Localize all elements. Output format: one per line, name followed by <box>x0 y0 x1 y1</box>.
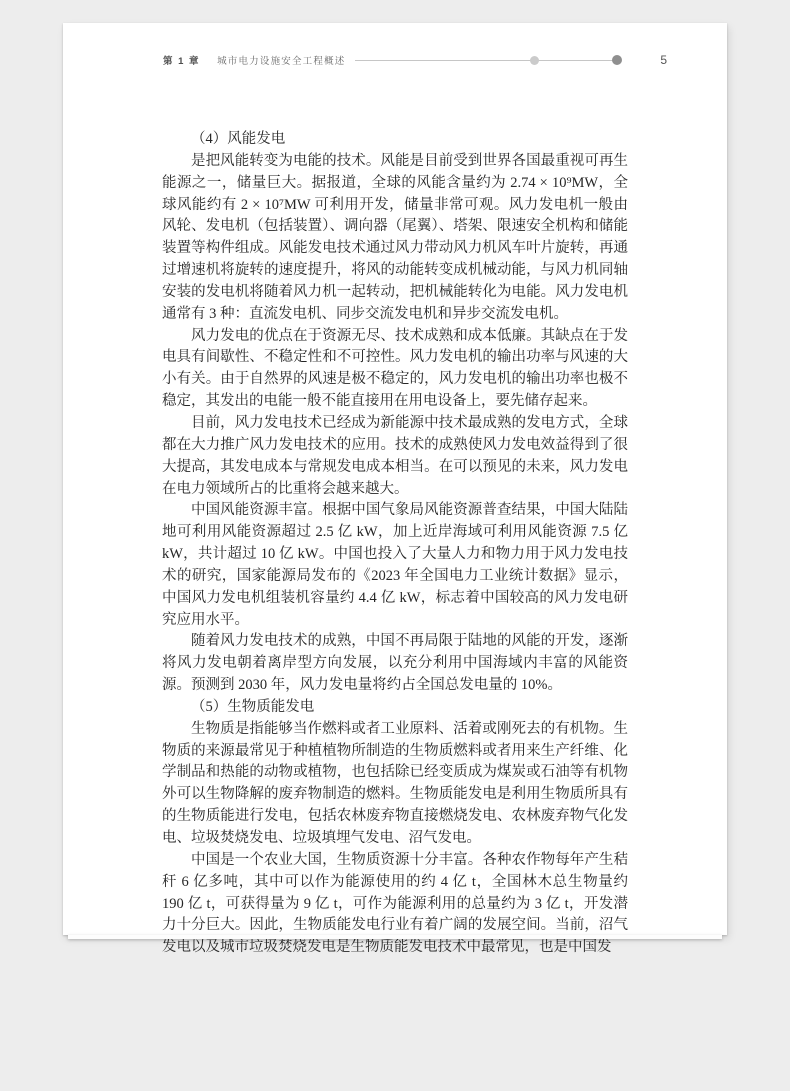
header-rule-dot-dark-icon <box>612 55 622 65</box>
paragraph: 目前，风力发电技术已经成为新能源中技术最成熟的发电方式，全球都在大力推广风力发电… <box>162 413 628 500</box>
page-body: （4）风能发电 是把风能转变为电能的技术。风能是目前受到世界各国最重视可再生能源… <box>162 129 628 959</box>
page-number: 5 <box>660 53 667 67</box>
header-rule-dot-light-icon <box>530 56 539 65</box>
paragraph: 中国风能资源丰富。根据中国气象局风能资源普查结果，中国大陆陆地可利用风能资源超过… <box>162 500 628 631</box>
section-heading: （4）风能发电 <box>162 129 628 151</box>
paragraph: 生物质是指能够当作燃料或者工业原料、活着或刚死去的有机物。生物质的来源最常见于种… <box>162 719 628 850</box>
paragraph: 风力发电的优点在于资源无尽、技术成熟和成本低廉。其缺点在于发电具有间歇性、不稳定… <box>162 326 628 413</box>
chapter-number: 第 1 章 <box>163 53 200 67</box>
header-rule <box>355 60 617 61</box>
paragraph: 中国是一个农业大国，生物质资源十分丰富。各种农作物每年产生秸秆 6 亿多吨，其中… <box>162 850 628 959</box>
book-page: 第 1 章 城市电力设施安全工程概述 5 （4）风能发电 是把风能转变为电能的技… <box>63 23 727 935</box>
paragraph: 是把风能转变为电能的技术。风能是目前受到世界各国最重视可再生能源之一，储量巨大。… <box>162 151 628 326</box>
paragraph: 随着风力发电技术的成熟，中国不再局限于陆地的风能的开发，逐渐将风力发电朝着离岸型… <box>162 631 628 697</box>
page-header: 第 1 章 城市电力设施安全工程概述 5 <box>163 53 667 67</box>
section-heading: （5）生物质能发电 <box>162 697 628 719</box>
chapter-title: 城市电力设施安全工程概述 <box>217 53 345 67</box>
